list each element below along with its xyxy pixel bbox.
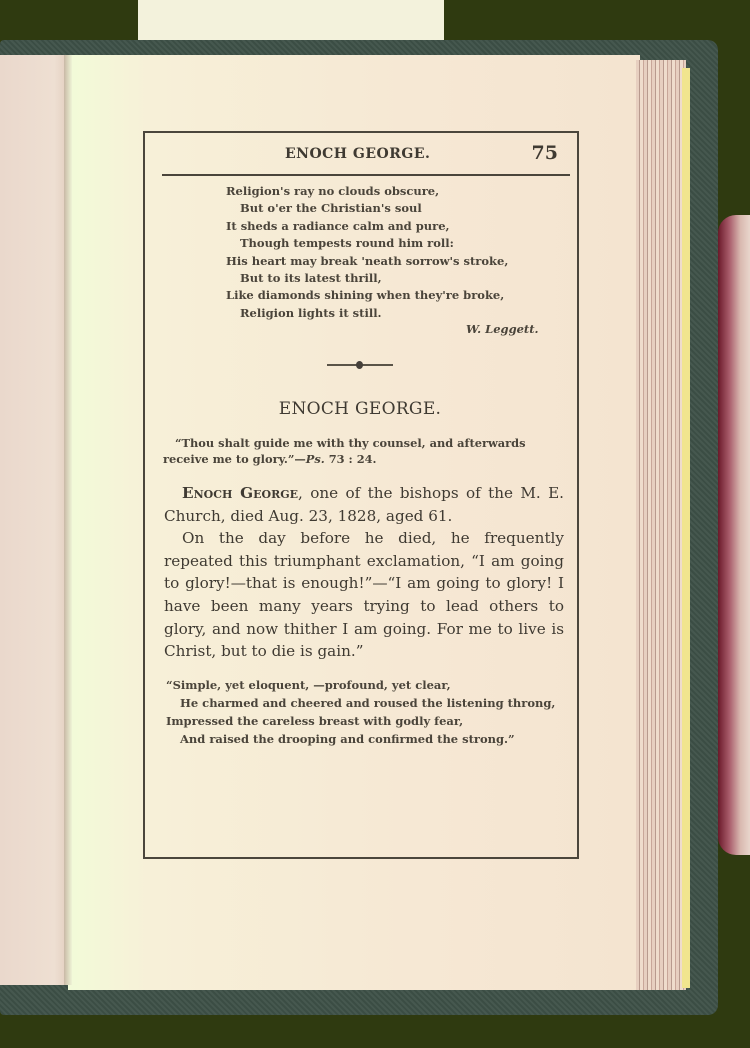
epigraph-verse: 73 : 24. (325, 452, 377, 466)
poem-line: It sheds a radiance calm and pure, (226, 218, 566, 235)
page-edge-gilt (682, 68, 690, 988)
section-title: ENOCH GEORGE. (150, 399, 570, 419)
epigraph: “Thou shalt guide me with thy counsel, a… (163, 435, 568, 467)
epigraph-reference: Ps. (306, 452, 325, 466)
poem-line: But to its latest thrill, (226, 270, 566, 287)
section-divider-ornament-icon (327, 361, 393, 369)
left-page (0, 55, 68, 985)
running-head: ENOCH GEORGE. 75 (160, 140, 560, 170)
verse-line: “Simple, yet eloquent, —profound, yet cl… (166, 676, 576, 694)
name-lead: Enoch George (182, 484, 298, 502)
poem-line: Religion's ray no clouds obscure, (226, 183, 566, 200)
poem-line: Religion lights it still. (226, 305, 566, 322)
book-gutter (64, 55, 72, 985)
head-rule (162, 174, 570, 176)
biography-text: Enoch George, one of the bishops of the … (164, 482, 564, 663)
poem-attribution: W. Leggett. (466, 322, 539, 336)
poem: Religion's ray no clouds obscure, But o'… (226, 183, 566, 322)
page-edges (636, 60, 686, 990)
paragraph: On the day before he died, he frequently… (164, 527, 564, 663)
verse-line: Impressed the careless breast with godly… (166, 712, 576, 730)
verse-line: And raised the drooping and confirmed th… (166, 730, 576, 748)
closing-verse: “Simple, yet eloquent, —profound, yet cl… (166, 676, 576, 748)
page-number: 75 (532, 142, 558, 164)
poem-line: His heart may break 'neath sorrow's stro… (226, 253, 566, 270)
poem-line: Like diamonds shining when they're broke… (226, 287, 566, 304)
verse-line: He charmed and cheered and roused the li… (166, 694, 576, 712)
paragraph: Enoch George, one of the bishops of the … (164, 482, 564, 527)
paragraph-text: On the day before he died, he frequently… (164, 529, 564, 660)
poem-line: Though tempests round him roll: (226, 235, 566, 252)
background-object (718, 215, 750, 855)
running-head-title: ENOCH GEORGE. (285, 146, 430, 162)
poem-line: But o'er the Christian's soul (226, 200, 566, 217)
